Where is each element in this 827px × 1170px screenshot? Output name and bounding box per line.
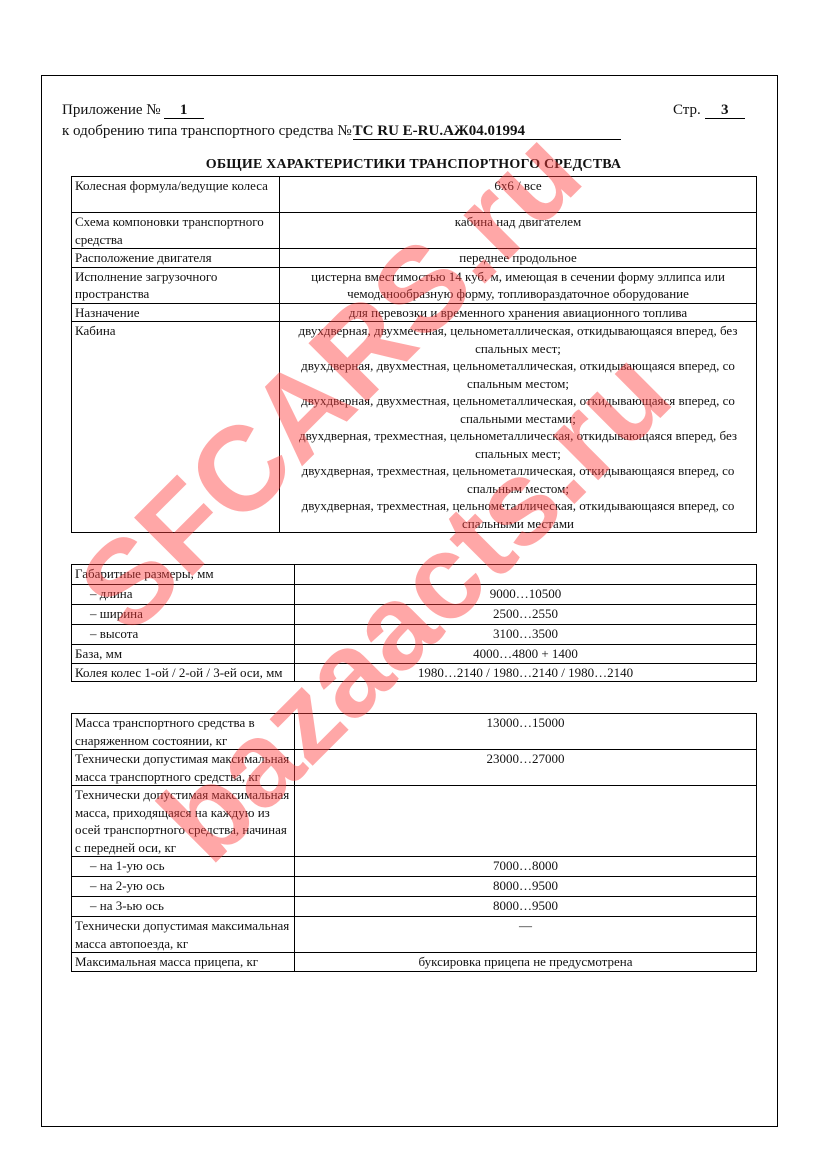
section-title: ОБЩИЕ ХАРАКТЕРИСТИКИ ТРАНСПОРТНОГО СРЕДС… — [0, 157, 827, 173]
row-value: 1980…2140 / 1980…2140 / 1980…2140 — [295, 663, 757, 682]
cabin-option: двухдверная, двухместная, цельнометаллич… — [294, 322, 742, 357]
table-row: – на 1-ую ось 7000…8000 — [72, 857, 757, 877]
row-value: буксировка прицепа не предусмотрена — [295, 953, 757, 972]
table-row: Расположение двигателя переднее продольн… — [72, 249, 757, 268]
row-label: База, мм — [72, 645, 295, 664]
row-value: 23000…27000 — [295, 750, 757, 786]
cabin-option: двухдверная, трехместная, цельнометаллич… — [294, 462, 742, 497]
row-label: Схема компоновки транспортного средства — [72, 213, 280, 249]
row-value: 3100…3500 — [295, 625, 757, 645]
row-label: Кабина — [72, 322, 280, 533]
table-row: – на 2-ую ось 8000…9500 — [72, 877, 757, 897]
page-number-line: Стр.3 — [673, 102, 745, 119]
table-row: Технически допустимая максимальная масса… — [72, 786, 757, 857]
table-row: Схема компоновки транспортного средства … — [72, 213, 757, 249]
table-row: Технически допустимая максимальная масса… — [72, 750, 757, 786]
approval-line: к одобрению типа транспортного средства … — [62, 123, 621, 140]
row-label: Технически допустимая максимальная масса… — [72, 750, 295, 786]
row-label: – на 1-ую ось — [72, 857, 295, 877]
row-label: Колесная формула/ведущие колеса — [72, 177, 280, 213]
row-value: — — [295, 917, 757, 953]
table-row: – длина 9000…10500 — [72, 585, 757, 605]
cabin-option: двухдверная, двухместная, цельнометаллич… — [294, 392, 742, 427]
row-value: 9000…10500 — [295, 585, 757, 605]
row-value: переднее продольное — [280, 249, 757, 268]
appendix-line: Приложение №1 — [62, 102, 204, 119]
mass-table: Масса транспортного средства в снаряженн… — [71, 713, 757, 972]
approval-number: ТС RU E-RU.АЖ04.01994 — [353, 123, 621, 140]
row-value: 6x6 / все — [280, 177, 757, 213]
row-label: Исполнение загрузочного пространства — [72, 267, 280, 303]
general-characteristics-table: Колесная формула/ведущие колеса 6x6 / вс… — [71, 176, 757, 533]
table-row: Назначение для перевозки и временного хр… — [72, 303, 757, 322]
row-label: Технически допустимая максимальная масса… — [72, 917, 295, 953]
table-row: База, мм 4000…4800 + 1400 — [72, 645, 757, 664]
table-row: Исполнение загрузочного пространства цис… — [72, 267, 757, 303]
row-value: 4000…4800 + 1400 — [295, 645, 757, 664]
approval-label: к одобрению типа транспортного средства … — [62, 123, 352, 139]
row-label: – длина — [72, 585, 295, 605]
cabin-option: двухдверная, трехместная, цельнометаллич… — [294, 427, 742, 462]
page-label: Стр. — [673, 102, 701, 118]
row-value: 8000…9500 — [295, 877, 757, 897]
table-row: – на 3-ью ось 8000…9500 — [72, 897, 757, 917]
row-label: Максимальная масса прицепа, кг — [72, 953, 295, 972]
row-label: – высота — [72, 625, 295, 645]
row-label: Габаритные размеры, мм — [72, 565, 295, 585]
row-value: 2500…2550 — [295, 605, 757, 625]
table-row: – ширина 2500…2550 — [72, 605, 757, 625]
table-row: Максимальная масса прицепа, кг буксировк… — [72, 953, 757, 972]
table-row: Габаритные размеры, мм — [72, 565, 757, 585]
row-value: цистерна вместимостью 14 куб. м, имеющая… — [280, 267, 757, 303]
row-value: для перевозки и временного хранения авиа… — [280, 303, 757, 322]
row-value — [295, 786, 757, 857]
table-row: Кабина двухдверная, двухместная, цельном… — [72, 322, 757, 533]
row-label: – на 3-ью ось — [72, 897, 295, 917]
row-label: – ширина — [72, 605, 295, 625]
page-number: 3 — [705, 102, 745, 119]
row-label: Масса транспортного средства в снаряженн… — [72, 714, 295, 750]
row-value: 8000…9500 — [295, 897, 757, 917]
row-label: Назначение — [72, 303, 280, 322]
appendix-number: 1 — [164, 102, 204, 119]
row-value: кабина над двигателем — [280, 213, 757, 249]
appendix-label: Приложение № — [62, 102, 161, 118]
table-row: Технически допустимая максимальная масса… — [72, 917, 757, 953]
table-row: – высота 3100…3500 — [72, 625, 757, 645]
cabin-option: двухдверная, трехместная, цельнометаллич… — [294, 497, 742, 532]
cabin-options: двухдверная, двухместная, цельнометаллич… — [280, 322, 757, 533]
table-row: Колея колес 1-ой / 2-ой / 3-ей оси, мм 1… — [72, 663, 757, 682]
row-value — [295, 565, 757, 585]
table-row: Масса транспортного средства в снаряженн… — [72, 714, 757, 750]
table-row: Колесная формула/ведущие колеса 6x6 / вс… — [72, 177, 757, 213]
row-value: 13000…15000 — [295, 714, 757, 750]
row-value: 7000…8000 — [295, 857, 757, 877]
cabin-option: двухдверная, двухместная, цельнометаллич… — [294, 357, 742, 392]
row-label: Расположение двигателя — [72, 249, 280, 268]
row-label: Колея колес 1-ой / 2-ой / 3-ей оси, мм — [72, 663, 295, 682]
dimensions-table: Габаритные размеры, мм – длина 9000…1050… — [71, 564, 757, 682]
row-label: – на 2-ую ось — [72, 877, 295, 897]
row-label: Технически допустимая максимальная масса… — [72, 786, 295, 857]
